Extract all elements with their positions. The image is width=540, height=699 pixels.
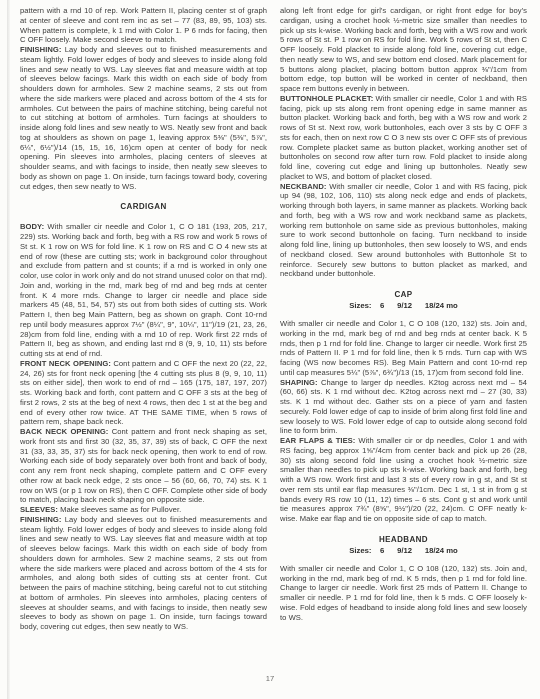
- paragraph: NECKBAND: With smaller cir needle, Color…: [280, 182, 527, 280]
- paragraph-label: NECKBAND:: [280, 182, 329, 191]
- right-column: along left front edge for girl's cardiga…: [280, 6, 527, 632]
- section-heading: HEADBAND: [280, 535, 527, 544]
- paragraph: FINISHING: Lay body and sleeves out to f…: [20, 45, 267, 191]
- paragraph-label: FINISHING:: [20, 515, 65, 524]
- paragraph-label: SLEEVES:: [20, 505, 60, 514]
- paragraph-label: BACK NECK OPENING:: [20, 427, 112, 436]
- paragraph: BACK NECK OPENING: Cont pattern and fron…: [20, 427, 267, 505]
- sizes-line: Sizes: 6 9/12 18/24 mo: [280, 546, 527, 555]
- text-columns: pattern with a rnd 10 of rep. Work Patte…: [0, 0, 540, 632]
- page-number: 17: [0, 674, 540, 683]
- paragraph: SLEEVES: Make sleeves same as for Pullov…: [20, 505, 267, 515]
- paragraph: With smaller cir needle and Color 1, C O…: [280, 564, 527, 623]
- paragraph: With smaller cir needle and Color 1, C O…: [280, 319, 527, 378]
- section-heading: CARDIGAN: [20, 202, 267, 211]
- paragraph-label: EAR FLAPS & TIES:: [280, 436, 358, 445]
- spacer: [20, 213, 267, 222]
- paragraph: EAR FLAPS & TIES: With smaller cir or dp…: [280, 436, 527, 524]
- paragraph-label: FINISHING:: [20, 45, 65, 54]
- paragraph: FINISHING: Lay body and sleeves out to f…: [20, 515, 267, 632]
- sizes-line: Sizes: 6 9/12 18/24 mo: [280, 301, 527, 310]
- paragraph-label: BODY:: [20, 222, 47, 231]
- pattern-book-page: pattern with a rnd 10 of rep. Work Patte…: [0, 0, 540, 699]
- paragraph: FRONT NECK OPENING: Cont pattern and C O…: [20, 359, 267, 427]
- paragraph-label: FRONT NECK OPENING:: [20, 359, 113, 368]
- section-heading: CAP: [280, 290, 527, 299]
- left-column: pattern with a rnd 10 of rep. Work Patte…: [20, 6, 267, 632]
- paragraph: BUTTONHOLE PLACKET: With smaller cir nee…: [280, 94, 527, 182]
- paragraph: BODY: With smaller cir needle and Color …: [20, 222, 267, 359]
- paragraph: along left front edge for girl's cardiga…: [280, 6, 527, 94]
- paragraph-label: BUTTONHOLE PLACKET:: [280, 94, 376, 103]
- paragraph: SHAPING: Change to larger dp needles. K2…: [280, 378, 527, 437]
- paragraph-label: SHAPING:: [280, 378, 321, 387]
- paragraph: pattern with a rnd 10 of rep. Work Patte…: [20, 6, 267, 45]
